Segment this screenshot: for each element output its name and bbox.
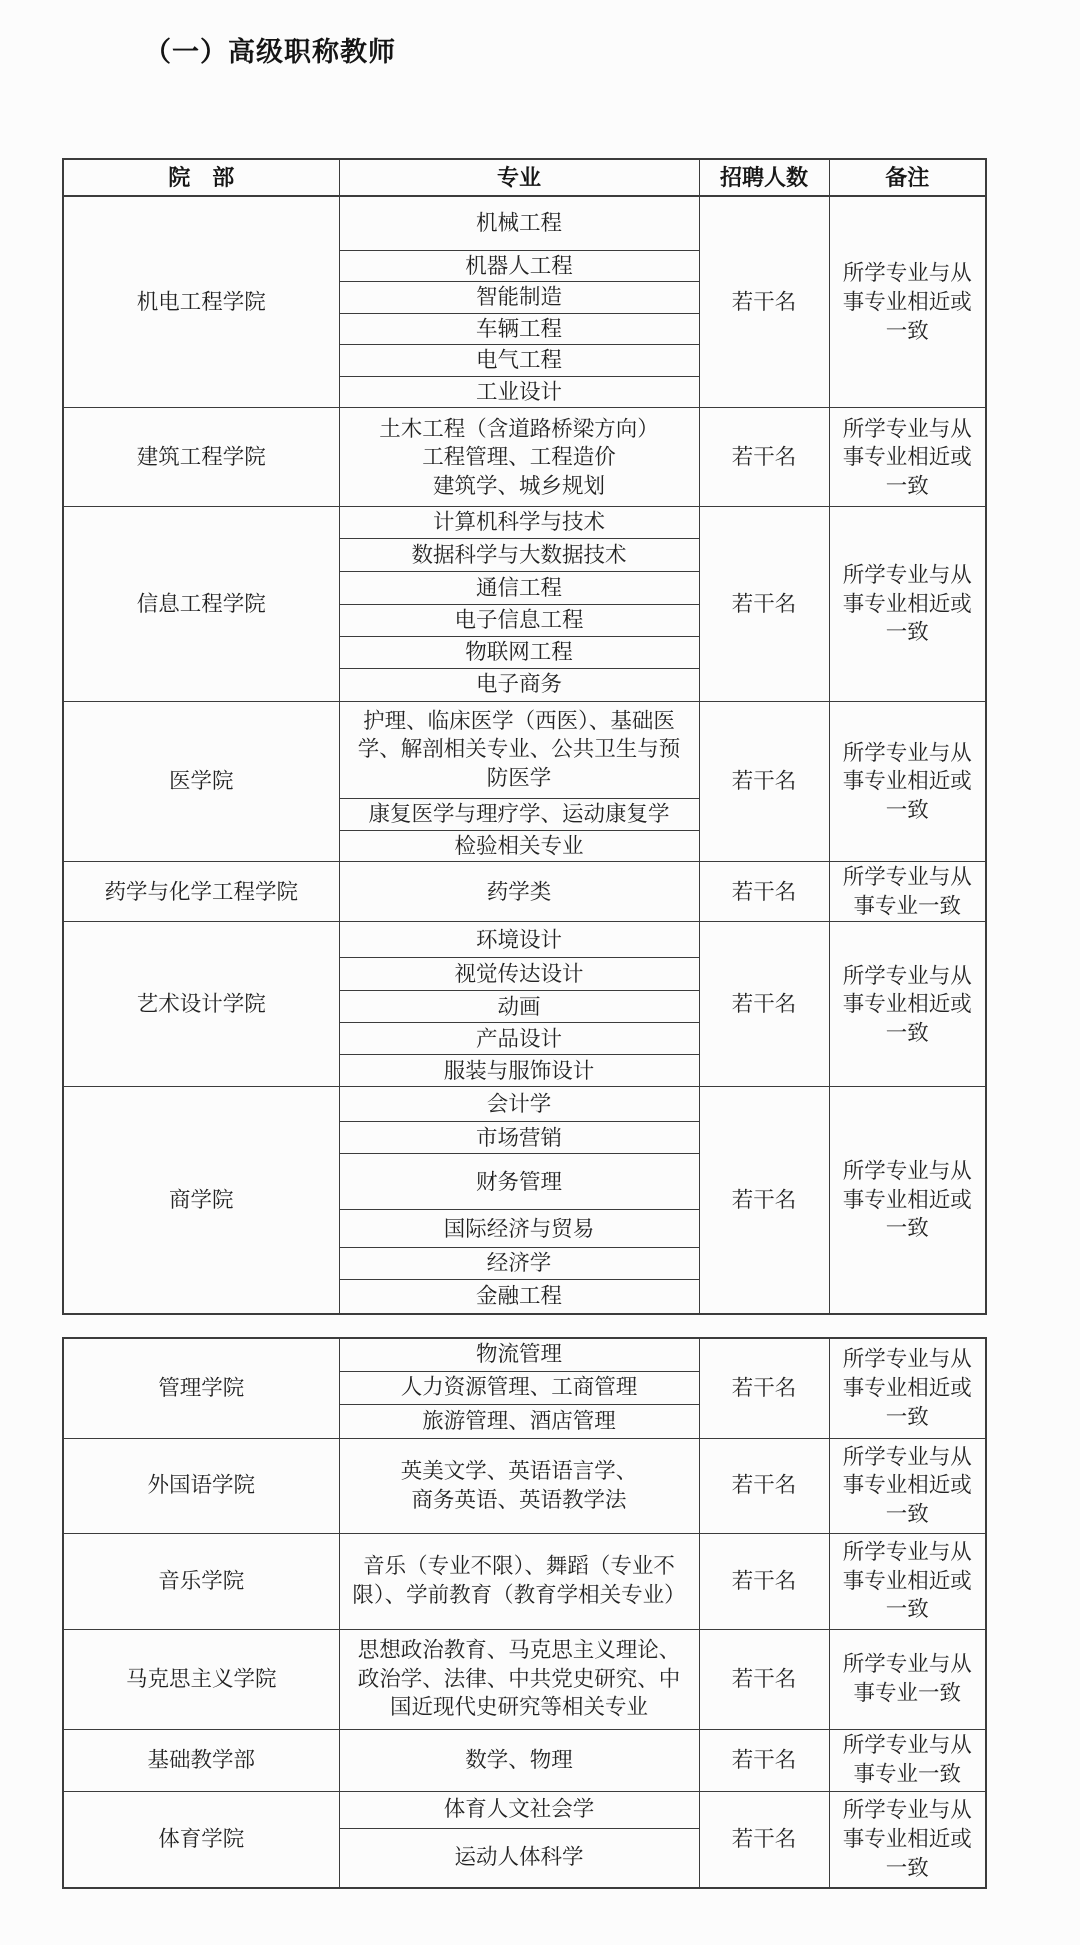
major-cell: 检验相关专业 xyxy=(339,830,699,862)
recruit-count-cell: 若干名 xyxy=(699,922,829,1087)
major-cell: 土木工程（含道路桥梁方向） 工程管理、工程造价 建筑学、城乡规划 xyxy=(339,408,699,507)
column-header-department: 院 部 xyxy=(63,159,339,196)
recruit-count-cell: 若干名 xyxy=(699,862,829,922)
remark-cell: 所学专业与从 事专业相近或 一致 xyxy=(829,408,986,507)
remark-cell: 所学专业与从 事专业一致 xyxy=(829,1629,986,1729)
major-cell: 智能制造 xyxy=(339,282,699,314)
major-cell: 康复医学与理疗学、运动康复学 xyxy=(339,798,699,830)
table-row: 基础教学部数学、物理若干名所学专业与从 事专业一致 xyxy=(63,1729,986,1791)
remark-cell: 所学专业与从 事专业相近或 一致 xyxy=(829,1087,986,1314)
department-cell: 体育学院 xyxy=(63,1791,339,1888)
table-row: 药学与化学工程学院药学类若干名所学专业与从 事专业一致 xyxy=(63,862,986,922)
major-cell: 会计学 xyxy=(339,1087,699,1122)
recruitment-table-senior: 院 部专业招聘人数备注机电工程学院机械工程若干名所学专业与从 事专业相近或 一致… xyxy=(62,158,985,1315)
recruit-count-cell: 若干名 xyxy=(699,1087,829,1314)
major-cell: 国际经济与贸易 xyxy=(339,1210,699,1248)
remark-cell: 所学专业与从 事专业相近或 一致 xyxy=(829,507,986,701)
remark-cell: 所学专业与从 事专业相近或 一致 xyxy=(829,922,986,1087)
major-cell: 市场营销 xyxy=(339,1122,699,1154)
table-row: 艺术设计学院环境设计若干名所学专业与从 事专业相近或 一致 xyxy=(63,922,986,958)
table-row: 信息工程学院计算机科学与技术若干名所学专业与从 事专业相近或 一致 xyxy=(63,507,986,539)
department-cell: 马克思主义学院 xyxy=(63,1629,339,1729)
major-cell: 通信工程 xyxy=(339,572,699,605)
major-cell: 药学类 xyxy=(339,862,699,922)
major-cell: 数学、物理 xyxy=(339,1729,699,1791)
recruit-count-cell: 若干名 xyxy=(699,1791,829,1888)
major-cell: 物联网工程 xyxy=(339,637,699,669)
column-header-major: 专业 xyxy=(339,159,699,196)
table-row: 管理学院物流管理若干名所学专业与从 事专业相近或 一致 xyxy=(63,1338,986,1371)
column-header-recruit-count: 招聘人数 xyxy=(699,159,829,196)
major-cell: 产品设计 xyxy=(339,1023,699,1055)
remark-cell: 所学专业与从 事专业一致 xyxy=(829,862,986,922)
page-title: （一）高级职称教师 xyxy=(144,30,396,69)
remark-cell: 所学专业与从 事专业相近或 一致 xyxy=(829,1438,986,1533)
remark-cell: 所学专业与从 事专业相近或 一致 xyxy=(829,1338,986,1438)
recruit-count-cell: 若干名 xyxy=(699,1729,829,1791)
recruit-count-cell: 若干名 xyxy=(699,1533,829,1629)
major-cell: 思想政治教育、马克思主义理论、 政治学、法律、中共党史研究、中 国近现代史研究等… xyxy=(339,1629,699,1729)
table: 院 部专业招聘人数备注机电工程学院机械工程若干名所学专业与从 事专业相近或 一致… xyxy=(62,158,987,1315)
table-row: 医学院护理、临床医学（西医）、基础医 学、解剖相关专业、公共卫生与预 防医学若干… xyxy=(63,701,986,798)
major-cell: 金融工程 xyxy=(339,1280,699,1314)
recruit-count-cell: 若干名 xyxy=(699,507,829,701)
table-row: 体育学院体育人文社会学若干名所学专业与从 事专业相近或 一致 xyxy=(63,1791,986,1828)
recruit-count-cell: 若干名 xyxy=(699,1438,829,1533)
major-cell: 电子商务 xyxy=(339,668,699,701)
major-cell: 运动人体科学 xyxy=(339,1828,699,1888)
remark-cell: 所学专业与从 事专业相近或 一致 xyxy=(829,196,986,408)
table-row: 马克思主义学院思想政治教育、马克思主义理论、 政治学、法律、中共党史研究、中 国… xyxy=(63,1629,986,1729)
column-header-remark: 备注 xyxy=(829,159,986,196)
department-cell: 信息工程学院 xyxy=(63,507,339,701)
header-row: 院 部专业招聘人数备注 xyxy=(63,159,986,196)
remark-cell: 所学专业与从 事专业一致 xyxy=(829,1729,986,1791)
major-cell: 旅游管理、酒店管理 xyxy=(339,1404,699,1438)
major-cell: 工业设计 xyxy=(339,376,699,408)
major-cell: 经济学 xyxy=(339,1248,699,1280)
remark-cell: 所学专业与从 事专业相近或 一致 xyxy=(829,1533,986,1629)
recruit-count-cell: 若干名 xyxy=(699,701,829,862)
major-cell: 计算机科学与技术 xyxy=(339,507,699,539)
recruit-count-cell: 若干名 xyxy=(699,1629,829,1729)
department-cell: 艺术设计学院 xyxy=(63,922,339,1087)
major-cell: 英美文学、英语语言学、 商务英语、英语教学法 xyxy=(339,1438,699,1533)
table-row: 音乐学院音乐（专业不限）、舞蹈（专业不 限）、学前教育（教育学相关专业）若干名所… xyxy=(63,1533,986,1629)
major-cell: 机器人工程 xyxy=(339,250,699,282)
major-cell: 电子信息工程 xyxy=(339,605,699,637)
department-cell: 建筑工程学院 xyxy=(63,408,339,507)
major-cell: 护理、临床医学（西医）、基础医 学、解剖相关专业、公共卫生与预 防医学 xyxy=(339,701,699,798)
major-cell: 财务管理 xyxy=(339,1154,699,1210)
major-cell: 人力资源管理、工商管理 xyxy=(339,1371,699,1404)
major-cell: 音乐（专业不限）、舞蹈（专业不 限）、学前教育（教育学相关专业） xyxy=(339,1533,699,1629)
recruit-count-cell: 若干名 xyxy=(699,196,829,408)
major-cell: 车辆工程 xyxy=(339,313,699,345)
recruitment-table-senior-continued: 管理学院物流管理若干名所学专业与从 事专业相近或 一致人力资源管理、工商管理旅游… xyxy=(62,1337,985,1889)
department-cell: 机电工程学院 xyxy=(63,196,339,408)
department-cell: 基础教学部 xyxy=(63,1729,339,1791)
major-cell: 环境设计 xyxy=(339,922,699,958)
department-cell: 音乐学院 xyxy=(63,1533,339,1629)
table-row: 机电工程学院机械工程若干名所学专业与从 事专业相近或 一致 xyxy=(63,196,986,250)
major-cell: 体育人文社会学 xyxy=(339,1791,699,1828)
recruit-count-cell: 若干名 xyxy=(699,1338,829,1438)
major-cell: 数据科学与大数据技术 xyxy=(339,539,699,572)
table-row: 建筑工程学院土木工程（含道路桥梁方向） 工程管理、工程造价 建筑学、城乡规划若干… xyxy=(63,408,986,507)
department-cell: 医学院 xyxy=(63,701,339,862)
table-row: 外国语学院英美文学、英语语言学、 商务英语、英语教学法若干名所学专业与从 事专业… xyxy=(63,1438,986,1533)
major-cell: 机械工程 xyxy=(339,196,699,250)
document-page: { "page": { "title": "（一）高级职称教师" }, "tab… xyxy=(0,0,1080,1945)
department-cell: 外国语学院 xyxy=(63,1438,339,1533)
major-cell: 动画 xyxy=(339,991,699,1023)
department-cell: 管理学院 xyxy=(63,1338,339,1438)
remark-cell: 所学专业与从 事专业相近或 一致 xyxy=(829,1791,986,1888)
department-cell: 药学与化学工程学院 xyxy=(63,862,339,922)
major-cell: 服装与服饰设计 xyxy=(339,1055,699,1087)
table-row: 商学院会计学若干名所学专业与从 事专业相近或 一致 xyxy=(63,1087,986,1122)
major-cell: 电气工程 xyxy=(339,345,699,377)
major-cell: 物流管理 xyxy=(339,1338,699,1371)
table: 管理学院物流管理若干名所学专业与从 事专业相近或 一致人力资源管理、工商管理旅游… xyxy=(62,1337,987,1889)
remark-cell: 所学专业与从 事专业相近或 一致 xyxy=(829,701,986,862)
department-cell: 商学院 xyxy=(63,1087,339,1314)
major-cell: 视觉传达设计 xyxy=(339,958,699,991)
recruit-count-cell: 若干名 xyxy=(699,408,829,507)
